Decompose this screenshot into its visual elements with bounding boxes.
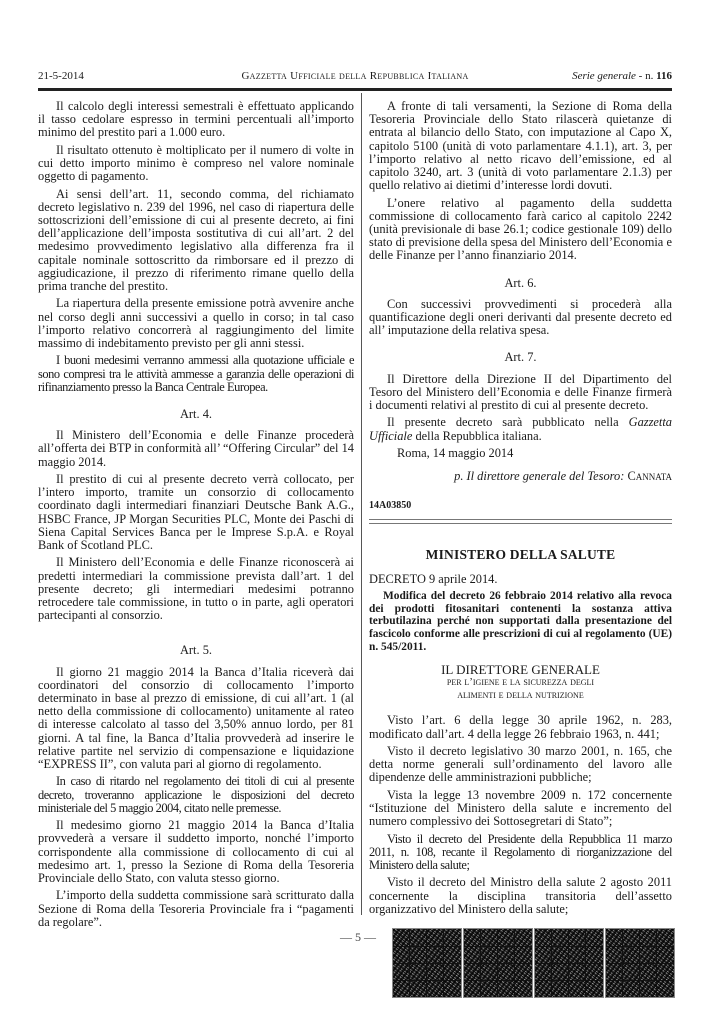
paragraph: Il Direttore della Direzione II del Dipa… [369, 373, 672, 413]
paragraph: L’importo della suddetta commissione sar… [38, 889, 354, 929]
page-header: 21-5-2014 Gazzetta Ufficiale della Repub… [38, 68, 672, 86]
paragraph: Ai sensi dell’art. 11, secondo comma, de… [38, 188, 354, 294]
paragraph: La riapertura della presente emissione p… [38, 297, 354, 350]
text: della Repubblica italiana. [412, 429, 541, 443]
director-title: IL DIRETTORE GENERALE [369, 663, 672, 676]
signature-role: p. Il direttore generale del Tesoro: [454, 469, 627, 483]
text: Il presente decreto sarà pubblicato nell… [387, 415, 629, 429]
datamatrix-barcode-icon [463, 928, 533, 998]
article-heading: Art. 6. [369, 277, 672, 290]
paragraph: Il prestito di cui al presente decreto v… [38, 473, 354, 552]
paragraph: Il giorno 21 maggio 2014 la Banca d’Ital… [38, 666, 354, 772]
paragraph: L’onere relativo al pagamento della sudd… [369, 197, 672, 263]
director-subtitle-1: per l’igiene e la sicurezza degli [369, 676, 672, 689]
paragraph: Il risultato ottenuto è moltiplicato per… [38, 144, 354, 184]
visto-paragraph: Visto il decreto legislativo 30 marzo 20… [369, 745, 672, 785]
article-heading: Art. 5. [38, 644, 354, 657]
visto-paragraph: Visto il decreto del Presidente della Re… [369, 833, 672, 873]
director-block: IL DIRETTORE GENERALE per l’igiene e la … [369, 663, 672, 702]
page-footer: — 5 — [0, 928, 724, 1008]
series-separator: - n. [636, 70, 656, 82]
series-label: Serie generale [572, 70, 636, 82]
paragraph: Il medesimo giorno 21 maggio 2014 la Ban… [38, 819, 354, 885]
paragraph: A fronte di tali versamenti, la Sezione … [369, 100, 672, 192]
paragraph: Il Ministero dell’Economia e delle Finan… [38, 429, 354, 469]
signature-name: Cannata [627, 469, 672, 483]
visto-paragraph: Visto il decreto del Ministro della salu… [369, 876, 672, 916]
datamatrix-barcode-icon [605, 928, 675, 998]
datamatrix-barcode-icon [392, 928, 462, 998]
visto-paragraph: Vista la legge 13 novembre 2009 n. 172 c… [369, 789, 672, 829]
article-heading: Art. 4. [38, 408, 354, 421]
paragraph: I buoni medesimi verranno ammessi alla q… [38, 354, 354, 394]
publication-paragraph: Il presente decreto sarà pubblicato nell… [369, 416, 672, 442]
paragraph: Il Ministero dell’Economia e delle Finan… [38, 556, 354, 622]
director-subtitle-2: alimenti e della nutrizione [369, 689, 672, 702]
column-divider [361, 93, 362, 915]
article-heading: Art. 7. [369, 351, 672, 364]
ministry-heading: MINISTERO DELLA SALUTE [369, 548, 672, 561]
document-code: 14A03850 [369, 499, 672, 512]
series-number: 116 [656, 70, 672, 82]
paragraph: Con successivi provvedimenti si proceder… [369, 298, 672, 338]
paragraph: In caso di ritardo nel regolamento dei t… [38, 775, 354, 815]
decree-date: DECRETO 9 aprile 2014. [369, 573, 672, 586]
left-column: Il calcolo degli interessi semestrali è … [38, 100, 354, 933]
right-column: A fronte di tali versamenti, la Sezione … [369, 100, 672, 920]
paragraph: Il calcolo degli interessi semestrali è … [38, 100, 354, 140]
decree-title-text: Modifica del decreto 26 febbraio 2014 re… [369, 590, 672, 653]
datamatrix-barcode-icon [534, 928, 604, 998]
series-info: Serie generale - n. 116 [572, 70, 672, 82]
page-number: — 5 — [340, 930, 376, 945]
section-separator [369, 519, 672, 524]
visto-paragraph: Visto l’art. 6 della legge 30 aprile 196… [369, 714, 672, 740]
header-rule [38, 88, 672, 91]
signature: p. Il direttore generale del Tesoro: Can… [369, 470, 672, 483]
place-date: Roma, 14 maggio 2014 [397, 447, 672, 460]
decree-title: Modifica del decreto 26 febbraio 2014 re… [369, 590, 672, 653]
